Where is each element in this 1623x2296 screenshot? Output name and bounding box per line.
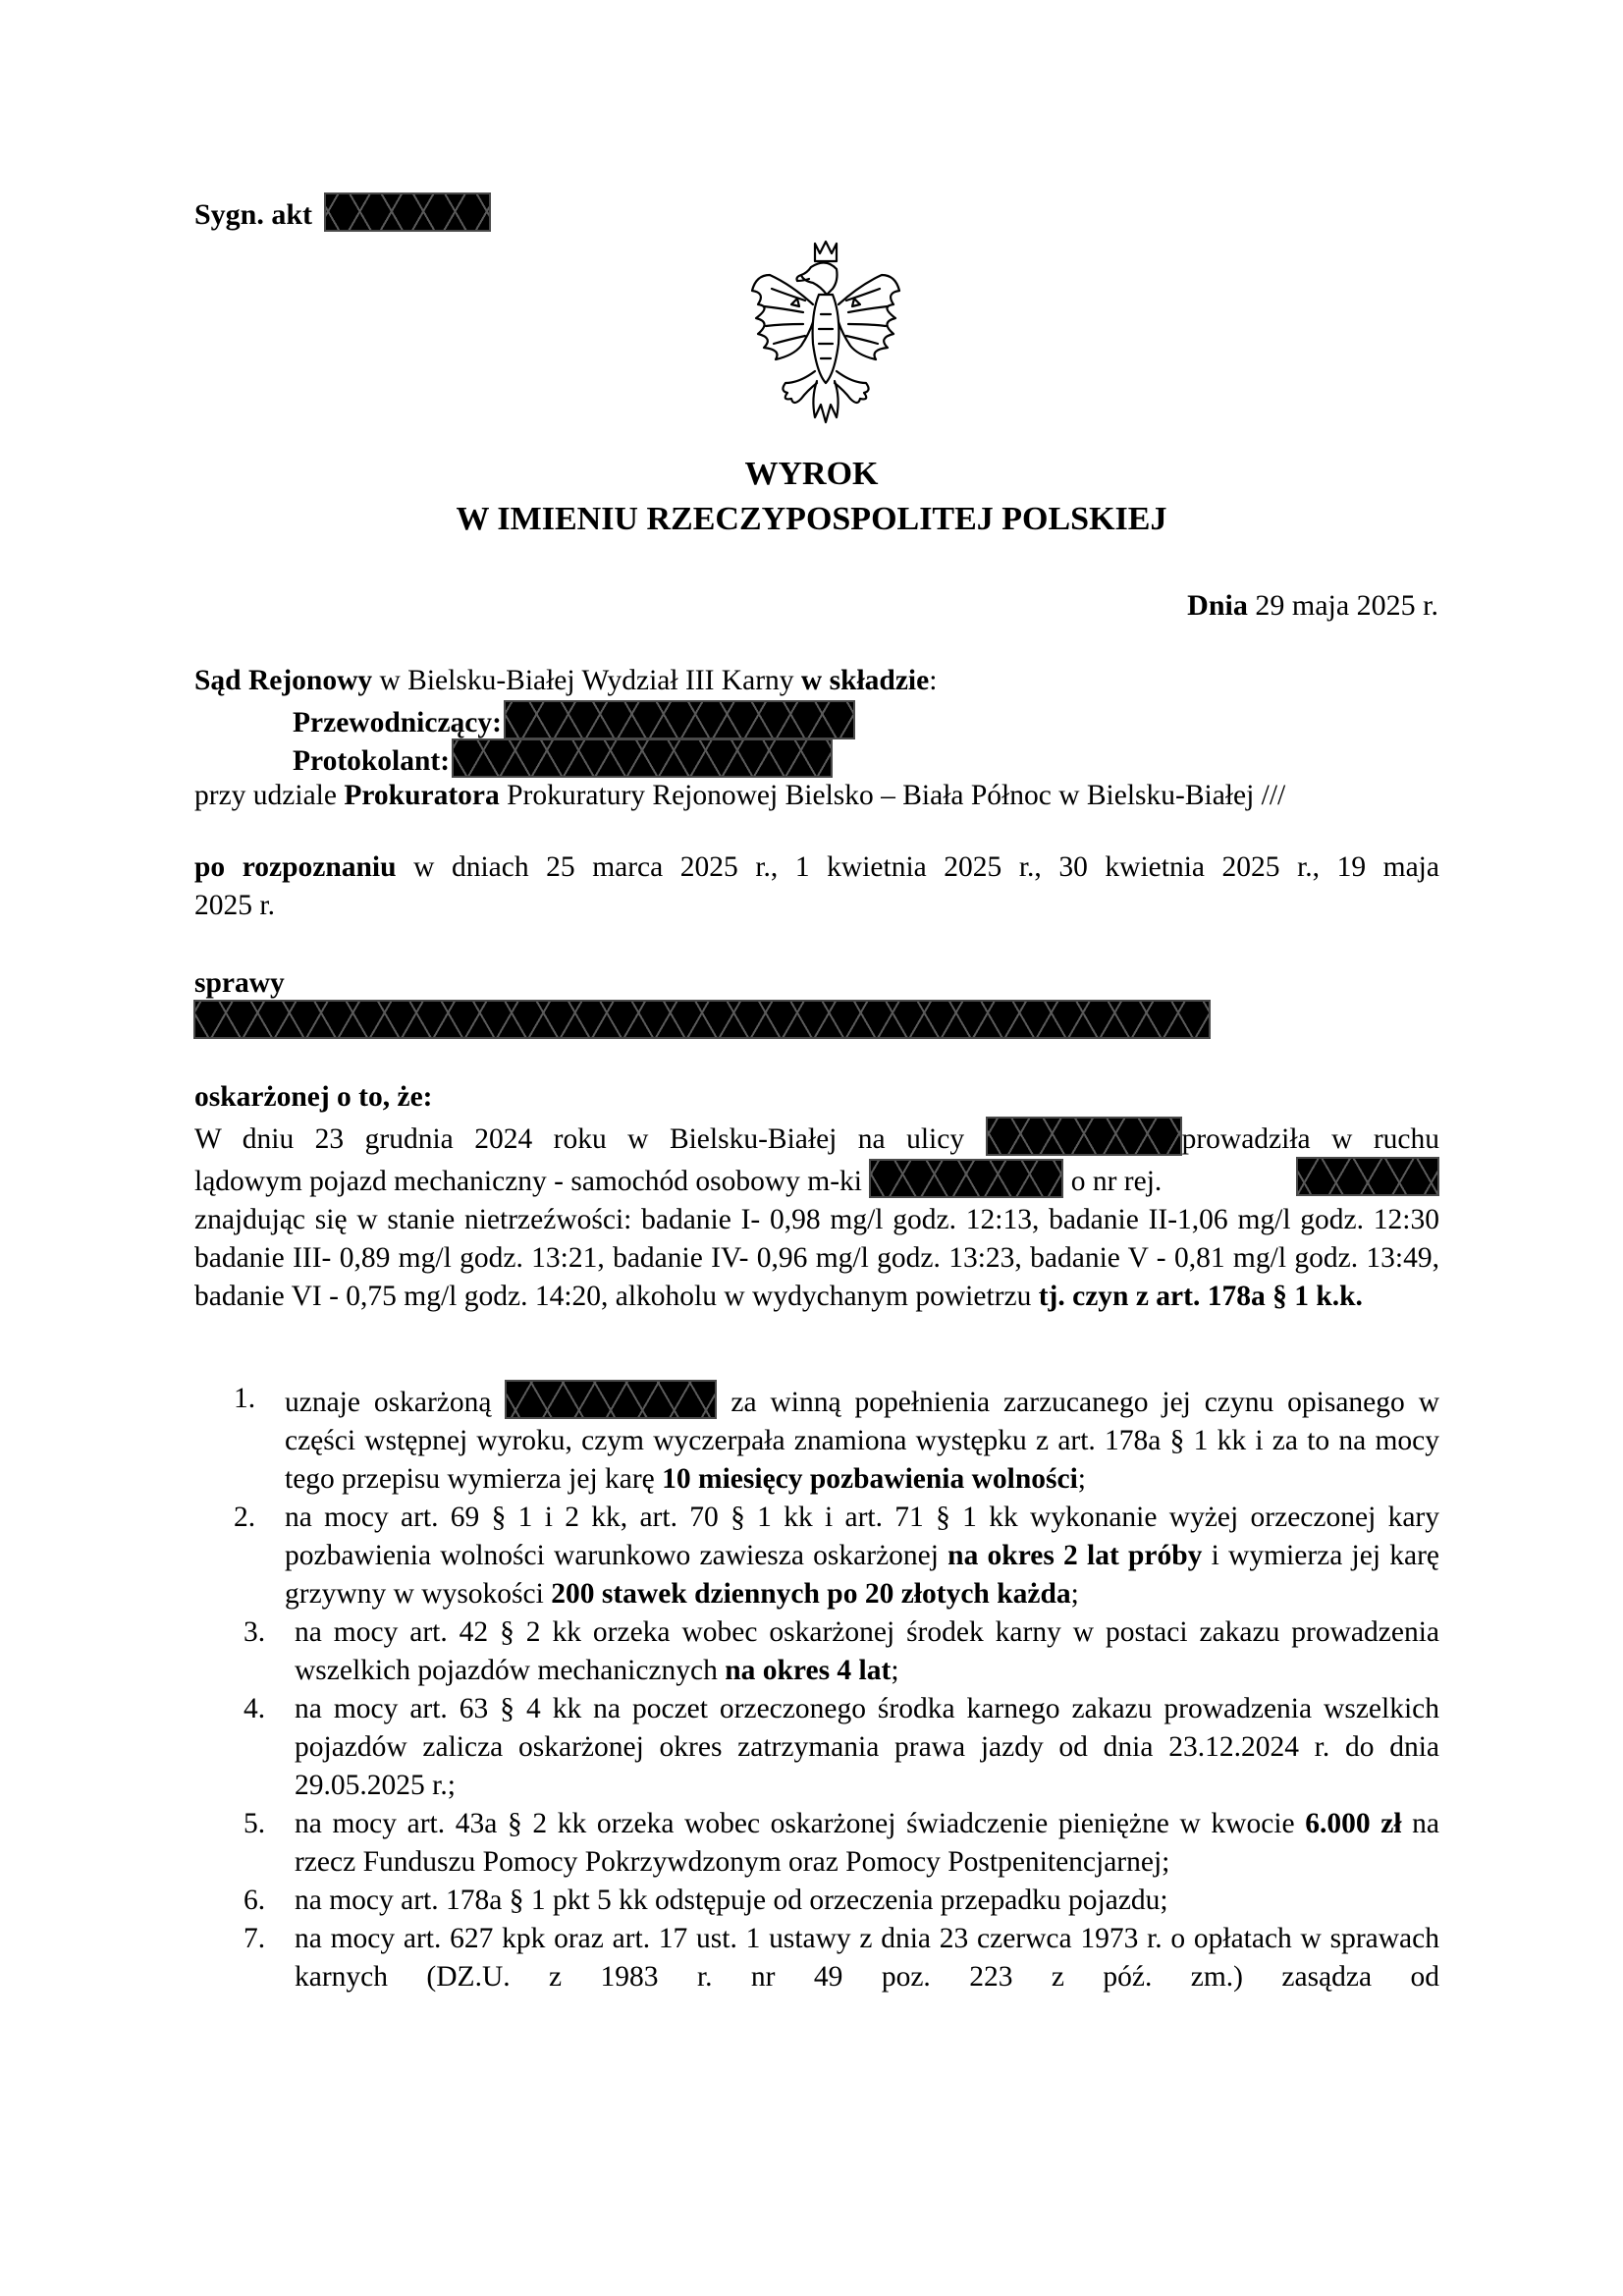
hearing-dates-text: w dniach 25 marca 2025 r., 1 kwietnia 20…: [397, 851, 1439, 883]
item-text: na mocy art. 627 kpk oraz art. 17 ust. 1…: [295, 1923, 1439, 1993]
item-number: 7.: [243, 1920, 265, 1958]
charge-text: prowadziła w ruchu: [1182, 1123, 1439, 1155]
verdict-list: 1. uznaje oskarżoną za winną popełnienia…: [194, 1380, 1439, 1996]
redacted-clerk: [452, 738, 833, 778]
hearing-label: po rozpoznaniu: [194, 851, 397, 883]
charge-line-3: znajdując się w stanie nietrzeźwości: ba…: [194, 1201, 1439, 1316]
redacted-case-number: [324, 192, 491, 232]
presiding-judge-line: Przewodniczący:: [194, 700, 1439, 738]
item-emphasis: 200 stawek dziennych po 20 złotych każda: [551, 1578, 1070, 1610]
presiding-label: Przewodniczący:: [293, 707, 502, 738]
charge-line-2: lądowym pojazd mechaniczny - samochód os…: [194, 1159, 1439, 1201]
item-text: na mocy art. 178a § 1 pkt 5 kk odstępuje…: [295, 1885, 1168, 1916]
court-division: w Bielsku-Białej Wydział III Karny: [372, 665, 801, 696]
item-text: na mocy art. 63 § 4 kk na poczet orzeczo…: [295, 1693, 1439, 1801]
charge-line-1: W dniu 23 grudnia 2024 roku w Bielsku-Bi…: [194, 1117, 1439, 1159]
charge-article: tj. czyn z art. 178a § 1 k.k.: [1039, 1281, 1363, 1312]
verdict-item: 2. na mocy art. 69 § 1 i 2 kk, art. 70 §…: [194, 1499, 1439, 1613]
item-emphasis: na okres 2 lat próby: [947, 1540, 1202, 1571]
case-label: sprawy: [194, 964, 285, 1003]
item-number: 5.: [243, 1805, 265, 1843]
title-verdict: WYROK: [0, 452, 1623, 497]
redacted-case-name: [193, 1000, 1211, 1039]
redacted-street: [986, 1117, 1182, 1156]
charge-text: o nr rej.: [1063, 1166, 1162, 1197]
charge-text: W dniu 23 grudnia 2024 roku w Bielsku-Bi…: [194, 1123, 986, 1155]
item-number: 2.: [234, 1499, 255, 1537]
composition-label: w składzie: [801, 665, 929, 696]
verdict-item: 5. na mocy art. 43a § 2 kk orzeka wobec …: [194, 1805, 1439, 1882]
clerk-label: Protokolant:: [293, 745, 450, 777]
date-label: Dnia: [1187, 589, 1248, 622]
item-text: ;: [891, 1655, 898, 1686]
item-number: 3.: [243, 1613, 265, 1652]
item-number: 6.: [243, 1882, 265, 1920]
item-number: 4.: [243, 1690, 265, 1728]
colon: :: [929, 665, 937, 696]
verdict-item: 4. na mocy art. 63 § 4 kk na poczet orze…: [194, 1690, 1439, 1805]
prosecutor-prefix: przy udziale: [194, 780, 344, 811]
document-title: WYROK W IMIENIU RZECZYPOSPOLITEJ POLSKIE…: [0, 452, 1623, 542]
item-text: uznaje oskarżoną: [285, 1387, 505, 1418]
court-composition: Sąd Rejonowy w Bielsku-Białej Wydział II…: [194, 662, 1439, 815]
hearing-dates: po rozpoznaniu w dniach 25 marca 2025 r.…: [194, 848, 1439, 925]
date-value: 29 maja 2025 r.: [1255, 589, 1438, 622]
item-text: ;: [1078, 1463, 1086, 1495]
item-number: 1.: [234, 1380, 255, 1418]
prosecutor-label: Prokuratora: [344, 780, 499, 811]
hearing-line-1: po rozpoznaniu w dniach 25 marca 2025 r.…: [194, 848, 1439, 887]
court-name: Sąd Rejonowy: [194, 665, 372, 696]
prosecutor-office: Prokuratury Rejonowej Bielsko – Biała Pó…: [500, 780, 1286, 811]
verdict-item: 3. na mocy art. 42 § 2 kk orzeka wobec o…: [194, 1613, 1439, 1690]
charge-label: oskarżonej o to, że:: [194, 1078, 1439, 1117]
item-emphasis: 10 miesięcy pozbawienia wolności: [662, 1463, 1078, 1495]
verdict-item: 1. uznaje oskarżoną za winną popełnienia…: [194, 1380, 1439, 1499]
case-reference: Sygn. akt: [194, 192, 491, 234]
item-text: na mocy art. 43a § 2 kk orzeka wobec osk…: [295, 1808, 1305, 1839]
clerk-line: Protokolant:: [194, 738, 1439, 777]
charge-section: oskarżonej o to, że: W dniu 23 grudnia 2…: [194, 1078, 1439, 1316]
case-ref-label: Sygn. akt: [194, 198, 312, 231]
polish-eagle-emblem-icon: [742, 236, 909, 427]
redacted-presiding-judge: [504, 700, 855, 739]
redacted-defendant-name: [505, 1380, 717, 1419]
verdict-date: Dnia 29 maja 2025 r.: [1187, 586, 1438, 625]
redacted-registration: [1296, 1157, 1439, 1196]
redacted-car-make: [869, 1159, 1063, 1198]
court-line: Sąd Rejonowy w Bielsku-Białej Wydział II…: [194, 662, 1439, 700]
charge-text: lądowym pojazd mechaniczny - samochód os…: [194, 1166, 869, 1197]
verdict-item: 6. na mocy art. 178a § 1 pkt 5 kk odstęp…: [194, 1882, 1439, 1920]
document-page: Sygn. akt: [0, 0, 1623, 2296]
case-section: sprawy: [194, 964, 285, 1003]
item-emphasis: 6.000 zł: [1305, 1808, 1401, 1839]
item-emphasis: na okres 4 lat: [725, 1655, 891, 1686]
verdict-item: 7. na mocy art. 627 kpk oraz art. 17 ust…: [194, 1920, 1439, 1996]
prosecutor-line: przy udziale Prokuratora Prokuratury Rej…: [194, 777, 1439, 815]
title-in-name-of-republic: W IMIENIU RZECZYPOSPOLITEJ POLSKIEJ: [0, 497, 1623, 542]
hearing-line-2: 2025 r.: [194, 887, 1439, 925]
item-text: ;: [1071, 1578, 1079, 1610]
